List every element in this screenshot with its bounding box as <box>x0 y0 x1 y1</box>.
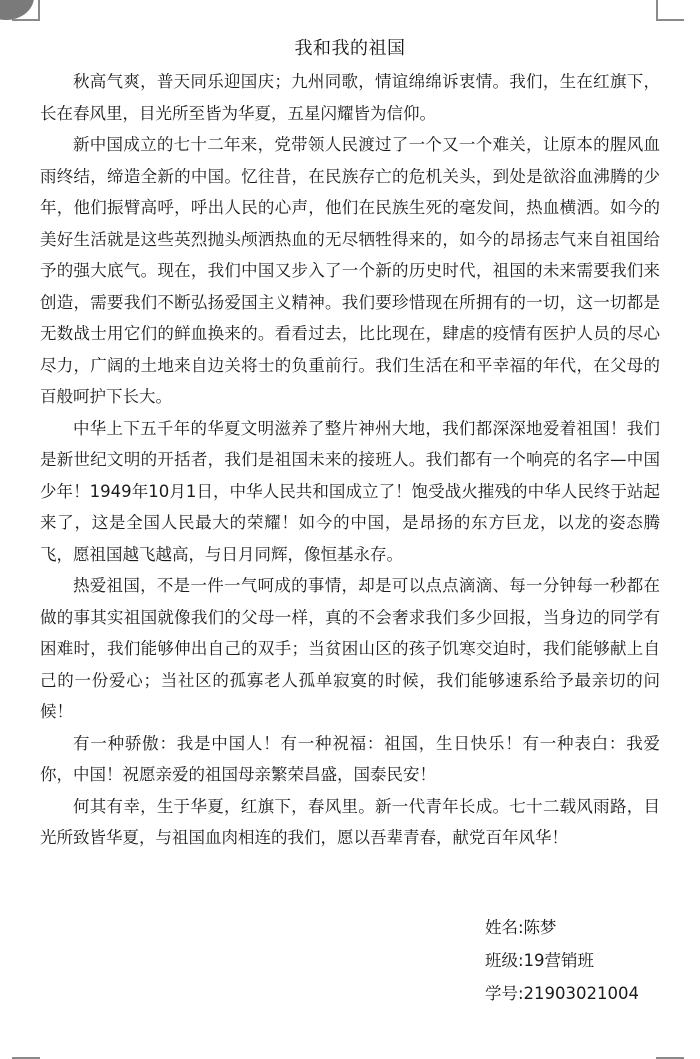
document-body: 秋高气爽，普天同乐迎国庆；九州同歌，情谊绵绵诉衷情。我们，生在红旗下，长在春风里… <box>40 66 660 854</box>
crop-mark-top-left-h <box>12 19 40 21</box>
paragraph: 热爱祖国，不是一件一气呵成的事情，却是可以点点滴滴、每一分钟每一秒都在做的事其实… <box>40 570 660 728</box>
paragraph: 何其有幸，生于华夏，红旗下，春风里。新一代青年长成。七十二载风雨路，目光所致皆华… <box>40 791 660 854</box>
paragraph: 秋高气爽，普天同乐迎国庆；九州同歌，情谊绵绵诉衷情。我们，生在红旗下，长在春风里… <box>40 66 660 129</box>
author-class: 班级:19营销班 <box>485 944 639 977</box>
paragraph: 新中国成立的七十二年来，党带领人民渡过了一个又一个难关，让原本的腥风血雨终结，缔… <box>40 129 660 413</box>
author-student-id: 学号:21903021004 <box>485 977 639 1010</box>
document-title: 我和我的祖国 <box>0 34 700 60</box>
paragraph: 有一种骄傲：我是中国人！有一种祝福：祖国，生日快乐！有一种表白：我爱你，中国！祝… <box>40 728 660 791</box>
crop-mark-top-right-h <box>656 19 684 21</box>
corner-decoration <box>0 0 34 20</box>
author-name: 姓名:陈梦 <box>485 911 639 944</box>
crop-mark-top-left <box>38 0 40 20</box>
paragraph: 中华上下五千年的华夏文明滋养了整片神州大地，我们都深深地爱着祖国！我们是新世纪文… <box>40 413 660 571</box>
crop-mark-top-right <box>656 0 658 20</box>
signature-block: 姓名:陈梦 班级:19营销班 学号:21903021004 <box>485 911 639 1010</box>
